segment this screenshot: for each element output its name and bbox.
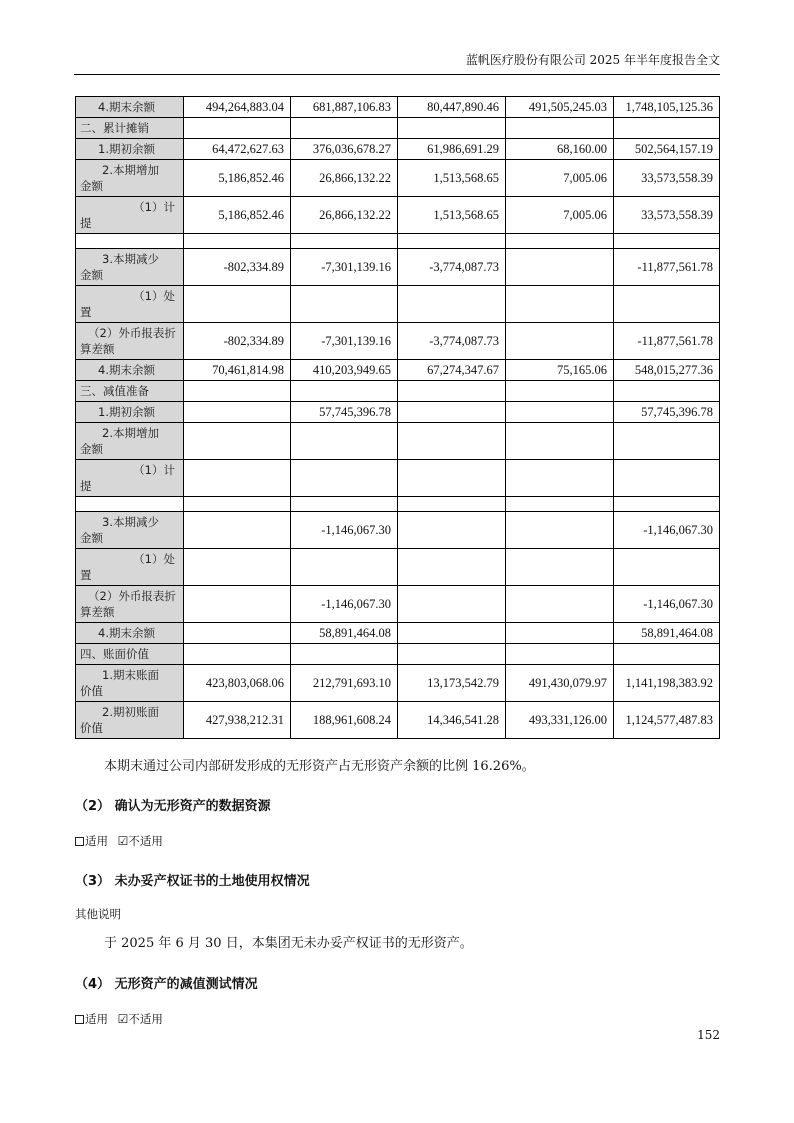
value-cell: 26,866,132.22 <box>291 160 398 197</box>
value-cell: 14,346,541.28 <box>398 702 506 739</box>
value-cell: 493,331,126.00 <box>506 702 614 739</box>
row-label-line1: （2）外币报表折 <box>80 588 179 604</box>
value-cell: -7,301,139.16 <box>291 323 398 360</box>
value-cell <box>614 286 720 323</box>
applicable-label: 适用 <box>85 1012 108 1026</box>
value-cell <box>398 423 506 460</box>
value-cell: 33,573,558.39 <box>614 160 720 197</box>
value-cell: 1,124,577,487.83 <box>614 702 720 739</box>
table-row: （1）计提 <box>76 460 720 497</box>
row-label-line1: 2.期初账面 <box>80 704 179 720</box>
section-3-title: （3） 未办妥产权证书的土地使用权情况 <box>75 870 310 889</box>
row-label-line1: 3.本期减少 <box>80 514 179 530</box>
row-label-line1: （1）计 <box>80 462 179 478</box>
value-cell: 61,986,691.29 <box>398 139 506 160</box>
value-cell <box>506 497 614 512</box>
row-label-line2: 金额 <box>80 267 179 283</box>
row-label-line1: （1）处 <box>80 288 179 304</box>
value-cell: -11,877,561.78 <box>614 323 720 360</box>
value-cell: -1,146,067.30 <box>614 586 720 623</box>
value-cell <box>614 497 720 512</box>
value-cell <box>184 512 291 549</box>
table-row: 4.期末余额494,264,883.04681,887,106.8380,447… <box>76 97 720 118</box>
table-row: 1.期初余额64,472,627.63376,036,678.2761,986,… <box>76 139 720 160</box>
page-header: 蓝帆医疗股份有限公司 2025 年半年度报告全文 <box>74 52 720 68</box>
table-row <box>76 234 720 249</box>
table-row: 2.期初账面价值427,938,212.31188,961,608.2414,3… <box>76 702 720 739</box>
value-cell <box>291 460 398 497</box>
value-cell <box>614 460 720 497</box>
value-cell <box>614 423 720 460</box>
value-cell <box>398 118 506 139</box>
value-cell: 70,461,814.98 <box>184 360 291 381</box>
value-cell: 427,938,212.31 <box>184 702 291 739</box>
value-cell <box>398 460 506 497</box>
table-row: 二、累计摊销 <box>76 118 720 139</box>
value-cell <box>506 402 614 423</box>
value-cell <box>184 623 291 644</box>
value-cell: 64,472,627.63 <box>184 139 291 160</box>
value-cell <box>184 118 291 139</box>
value-cell: 5,186,852.46 <box>184 160 291 197</box>
value-cell <box>398 497 506 512</box>
row-label-line2: 置 <box>80 567 179 583</box>
value-cell <box>398 644 506 665</box>
value-cell: 75,165.06 <box>506 360 614 381</box>
section-4-title: （4） 无形资产的减值测试情况 <box>75 973 258 992</box>
value-cell: 80,447,890.46 <box>398 97 506 118</box>
value-cell <box>184 497 291 512</box>
table-row: 2.本期增加金额5,186,852.4626,866,132.221,513,5… <box>76 160 720 197</box>
section-2-title: （2） 确认为无形资产的数据资源 <box>75 795 271 814</box>
internal-rd-ratio-text: 本期末通过公司内部研发形成的无形资产占无形资产余额的比例 16.26%。 <box>104 755 535 774</box>
row-label: 四、账面价值 <box>76 644 184 665</box>
table-row: 3.本期减少金额-802,334.89-7,301,139.16-3,774,0… <box>76 249 720 286</box>
value-cell <box>398 381 506 402</box>
value-cell: 68,160.00 <box>506 139 614 160</box>
value-cell: 548,015,277.36 <box>614 360 720 381</box>
value-cell: -802,334.89 <box>184 249 291 286</box>
row-label-line1: 2.本期增加 <box>80 425 179 441</box>
value-cell: 5,186,852.46 <box>184 197 291 234</box>
row-label: 2.本期增加金额 <box>76 160 184 197</box>
value-cell <box>184 423 291 460</box>
value-cell: 491,430,079.97 <box>506 665 614 702</box>
value-cell <box>506 460 614 497</box>
row-label: （1）处置 <box>76 549 184 586</box>
value-cell <box>291 381 398 402</box>
table-row: （1）处置 <box>76 549 720 586</box>
row-label-line1: 1.期末账面 <box>80 667 179 683</box>
value-cell: -1,146,067.30 <box>614 512 720 549</box>
checked-box-icon: ☑ <box>118 1012 129 1026</box>
value-cell <box>398 286 506 323</box>
value-cell <box>506 644 614 665</box>
value-cell <box>398 402 506 423</box>
page-number: 152 <box>690 1028 720 1042</box>
table-row: （2）外币报表折算差额-1,146,067.30-1,146,067.30 <box>76 586 720 623</box>
row-label-line2: 提 <box>80 215 179 231</box>
intangible-assets-table: 4.期末余额494,264,883.04681,887,106.8380,447… <box>75 96 720 739</box>
value-cell: 13,173,542.79 <box>398 665 506 702</box>
row-label-line2: 金额 <box>80 530 179 546</box>
row-label: （2）外币报表折算差额 <box>76 586 184 623</box>
row-label: 2.本期增加金额 <box>76 423 184 460</box>
value-cell: 57,745,396.78 <box>614 402 720 423</box>
value-cell: 188,961,608.24 <box>291 702 398 739</box>
value-cell: 376,036,678.27 <box>291 139 398 160</box>
value-cell: 491,505,245.03 <box>506 97 614 118</box>
value-cell: 26,866,132.22 <box>291 197 398 234</box>
header-divider <box>74 74 720 75</box>
value-cell: 502,564,157.19 <box>614 139 720 160</box>
value-cell <box>614 118 720 139</box>
row-label: （1）处置 <box>76 286 184 323</box>
row-label-line1: （1）处 <box>80 551 179 567</box>
value-cell <box>291 286 398 323</box>
value-cell: 33,573,558.39 <box>614 197 720 234</box>
land-rights-text: 于 2025 年 6 月 30 日，本集团无未办妥产权证书的无形资产。 <box>104 932 473 951</box>
unchecked-box-icon <box>75 1015 84 1024</box>
value-cell: 681,887,106.83 <box>291 97 398 118</box>
row-label: 2.期初账面价值 <box>76 702 184 739</box>
table-row: 四、账面价值 <box>76 644 720 665</box>
row-label-line1: 2.本期增加 <box>80 162 179 178</box>
value-cell <box>184 234 291 249</box>
value-cell <box>398 549 506 586</box>
value-cell: 423,803,068.06 <box>184 665 291 702</box>
row-label-line2: 金额 <box>80 178 179 194</box>
value-cell: 1,513,568.65 <box>398 160 506 197</box>
row-label: 4.期末余额 <box>76 360 184 381</box>
row-label-line2: 置 <box>80 304 179 320</box>
value-cell <box>614 234 720 249</box>
table-row <box>76 497 720 512</box>
row-label: （1）计提 <box>76 460 184 497</box>
value-cell: 7,005.06 <box>506 160 614 197</box>
value-cell <box>506 512 614 549</box>
value-cell <box>291 234 398 249</box>
value-cell <box>184 549 291 586</box>
row-label: 3.本期减少金额 <box>76 249 184 286</box>
value-cell: 410,203,949.65 <box>291 360 398 381</box>
value-cell <box>184 586 291 623</box>
unchecked-box-icon <box>75 837 84 846</box>
value-cell <box>184 381 291 402</box>
row-label: 1.期末账面价值 <box>76 665 184 702</box>
not-applicable-label: 不适用 <box>128 834 163 848</box>
value-cell: -7,301,139.16 <box>291 249 398 286</box>
value-cell: -3,774,087.73 <box>398 323 506 360</box>
value-cell: 7,005.06 <box>506 197 614 234</box>
value-cell <box>291 423 398 460</box>
value-cell <box>291 497 398 512</box>
value-cell: 494,264,883.04 <box>184 97 291 118</box>
row-label-line2: 价值 <box>80 683 179 699</box>
applicable-label: 适用 <box>85 834 108 848</box>
row-label-line1: （2）外币报表折 <box>80 325 179 341</box>
row-label-line1: （1）计 <box>80 199 179 215</box>
value-cell <box>506 381 614 402</box>
row-label: 二、累计摊销 <box>76 118 184 139</box>
applicability-checkboxes-4: 适用 ☑不适用 <box>75 1011 163 1027</box>
value-cell <box>398 512 506 549</box>
value-cell <box>506 234 614 249</box>
value-cell <box>184 286 291 323</box>
value-cell <box>506 118 614 139</box>
row-label: 三、减值准备 <box>76 381 184 402</box>
row-label: 4.期末余额 <box>76 97 184 118</box>
value-cell <box>506 423 614 460</box>
value-cell <box>614 644 720 665</box>
value-cell: 67,274,347.67 <box>398 360 506 381</box>
value-cell: -11,877,561.78 <box>614 249 720 286</box>
value-cell <box>614 381 720 402</box>
applicability-checkboxes-2: 适用 ☑不适用 <box>75 833 163 849</box>
table-row: 4.期末余额58,891,464.0858,891,464.08 <box>76 623 720 644</box>
table-row: 2.本期增加金额 <box>76 423 720 460</box>
row-label: 3.本期减少金额 <box>76 512 184 549</box>
checked-box-icon: ☑ <box>118 834 129 848</box>
value-cell <box>291 549 398 586</box>
row-label: （1）计提 <box>76 197 184 234</box>
value-cell: -1,146,067.30 <box>291 586 398 623</box>
table-row: （1）处置 <box>76 286 720 323</box>
table-row: 4.期末余额70,461,814.98410,203,949.6567,274,… <box>76 360 720 381</box>
value-cell: -1,146,067.30 <box>291 512 398 549</box>
row-label-line2: 价值 <box>80 720 179 736</box>
value-cell <box>506 549 614 586</box>
row-label-line1: 3.本期减少 <box>80 251 179 267</box>
row-label-line2: 提 <box>80 478 179 494</box>
value-cell <box>506 586 614 623</box>
row-label: 1.期初余额 <box>76 402 184 423</box>
row-label: 1.期初余额 <box>76 139 184 160</box>
table-row: 1.期初余额57,745,396.7857,745,396.78 <box>76 402 720 423</box>
row-label-line2: 金额 <box>80 441 179 457</box>
value-cell <box>506 286 614 323</box>
value-cell <box>184 644 291 665</box>
value-cell: 1,141,198,383.92 <box>614 665 720 702</box>
other-notes-label: 其他说明 <box>75 906 121 922</box>
row-label: （2）外币报表折算差额 <box>76 323 184 360</box>
row-label-line2: 算差额 <box>80 604 179 620</box>
value-cell: -802,334.89 <box>184 323 291 360</box>
table-row: 3.本期减少金额-1,146,067.30-1,146,067.30 <box>76 512 720 549</box>
row-label <box>76 497 184 512</box>
table-row: （1）计提5,186,852.4626,866,132.221,513,568.… <box>76 197 720 234</box>
value-cell: 58,891,464.08 <box>614 623 720 644</box>
value-cell <box>184 402 291 423</box>
value-cell <box>398 234 506 249</box>
value-cell: 58,891,464.08 <box>291 623 398 644</box>
value-cell <box>398 623 506 644</box>
value-cell: 212,791,693.10 <box>291 665 398 702</box>
value-cell <box>291 644 398 665</box>
row-label <box>76 234 184 249</box>
value-cell <box>506 323 614 360</box>
table-row: 三、减值准备 <box>76 381 720 402</box>
value-cell <box>291 118 398 139</box>
value-cell: 57,745,396.78 <box>291 402 398 423</box>
not-applicable-label: 不适用 <box>128 1012 163 1026</box>
value-cell: -3,774,087.73 <box>398 249 506 286</box>
table-row: （2）外币报表折算差额-802,334.89-7,301,139.16-3,77… <box>76 323 720 360</box>
value-cell <box>506 249 614 286</box>
value-cell <box>614 549 720 586</box>
value-cell: 1,513,568.65 <box>398 197 506 234</box>
table-row: 1.期末账面价值423,803,068.06212,791,693.1013,1… <box>76 665 720 702</box>
value-cell <box>184 460 291 497</box>
value-cell: 1,748,105,125.36 <box>614 97 720 118</box>
row-label-line2: 算差额 <box>80 341 179 357</box>
value-cell <box>398 586 506 623</box>
value-cell <box>506 623 614 644</box>
row-label: 4.期末余额 <box>76 623 184 644</box>
